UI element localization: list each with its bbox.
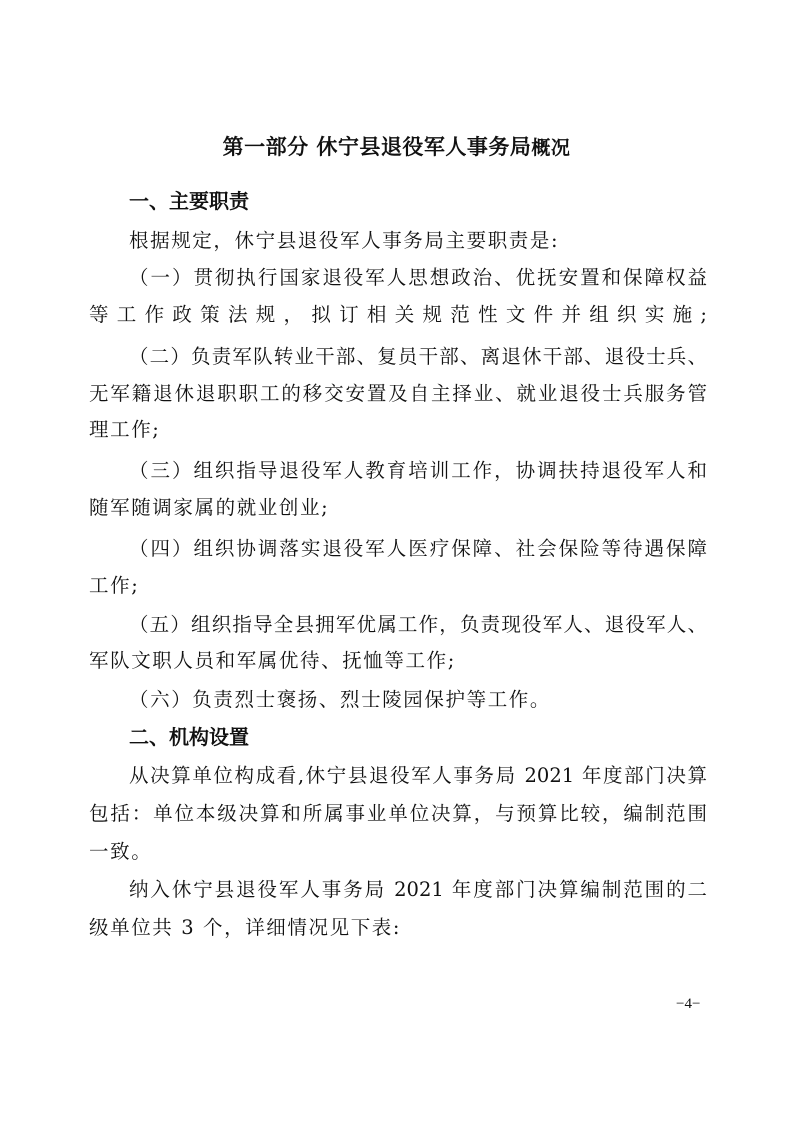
structure-para2-line2: 级单位共 3 个，详细情况见下表: [89, 912, 707, 940]
duty-item-3-line1: （三）组织指导退役军人教育培训工作，协调扶持退役军人和 [129, 455, 707, 483]
title-main: 第一部分 休宁县退役军人事务局 [223, 135, 532, 159]
structure-para2-line1: 纳入休宁县退役军人事务局 2021 年度部门决算编制范围的二 [129, 874, 707, 902]
title-suffix: 概况 [531, 137, 570, 159]
structure-para1-line3: 一致。 [89, 836, 707, 864]
duty-item-6-line1: （六）负责烈士褒扬、烈士陵园保护等工作。 [129, 684, 707, 712]
duty-item-4-line1: （四）组织协调落实退役军人医疗保障、社会保险等待遇保障 [129, 533, 707, 561]
duty-item-4-line2: 工作; [89, 570, 707, 598]
duty-item-5-line2: 军队文职人员和军属优待、抚恤等工作; [89, 645, 707, 673]
duty-item-3-line2: 随军随调家属的就业创业; [89, 492, 707, 520]
duties-intro: 根据规定，休宁县退役军人事务局主要职责是: [129, 225, 707, 253]
duty-item-1-line1: （一）贯彻执行国家退役军人思想政治、优抚安置和保障权益 [129, 262, 707, 290]
page-title: 第一部分 休宁县退役军人事务局概况 [0, 131, 793, 161]
duty-item-2-line3: 理工作; [89, 414, 707, 442]
duty-item-2-line1: （二）负责军队转业干部、复员干部、离退休干部、退役士兵、 [129, 341, 707, 369]
structure-para1-line2: 包括：单位本级决算和所属事业单位决算，与预算比较，编制范围 [89, 798, 707, 826]
duty-item-2-line2: 无军籍退休退职职工的移交安置及自主择业、就业退役士兵服务管 [89, 378, 707, 406]
section-heading-structure: 二、机构设置 [129, 721, 249, 750]
duty-item-5-line1: （五）组织指导全县拥军优属工作，负责现役军人、退役军人、 [129, 609, 707, 637]
duty-item-1-line2: 等工作政策法规，拟订相关规范性文件并组织实施; [89, 299, 707, 327]
structure-para1-line1: 从决算单位构成看,休宁县退役军人事务局 2021 年度部门决算 [129, 760, 707, 788]
section-heading-duties: 一、主要职责 [129, 185, 249, 214]
page-number: −4− [676, 996, 700, 1013]
document-page: 第一部分 休宁县退役军人事务局概况 一、主要职责 根据规定，休宁县退役军人事务局… [0, 0, 793, 1122]
